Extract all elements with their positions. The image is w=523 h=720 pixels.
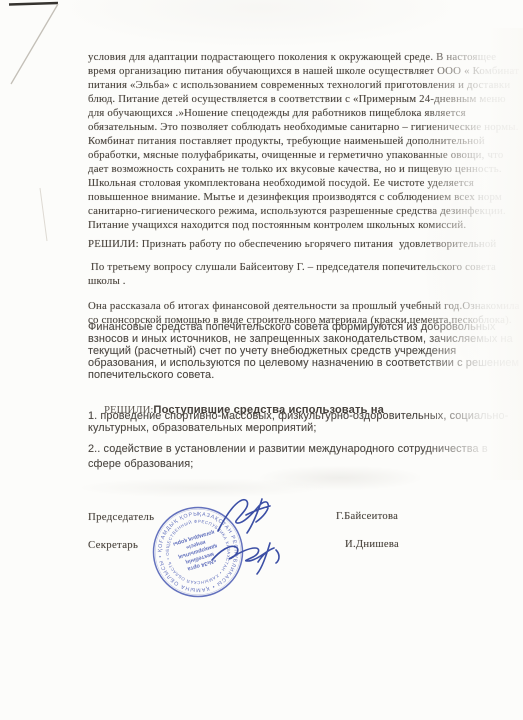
official-stamp: ҚАЗАҚСТАН РЕСПУБЛИКАСЫ • ҚАМЫНА ОБЛЫСЫ •… <box>0 0 243 597</box>
document-page: условия для адаптации подрастающего поко… <box>0 0 523 720</box>
stamp-center-text: «№34 орта мектебінің қамқоршылық кеңесі»… <box>172 529 223 574</box>
stamp-ring-text-outer: ҚАЗАҚСТАН РЕСПУБЛИКАСЫ • ҚАМЫНА ОБЛЫСЫ •… <box>0 0 238 593</box>
stamp-and-signatures-layer: ҚАЗАҚСТАН РЕСПУБЛИКАСЫ • ҚАМЫНА ОБЛЫСЫ •… <box>0 0 523 720</box>
stamp-ring-text-inner: РЕСПУБЛИКА КАЗАХСТАН • ХАМЫНСКАЯ ОБЛАСТЬ… <box>0 0 231 585</box>
